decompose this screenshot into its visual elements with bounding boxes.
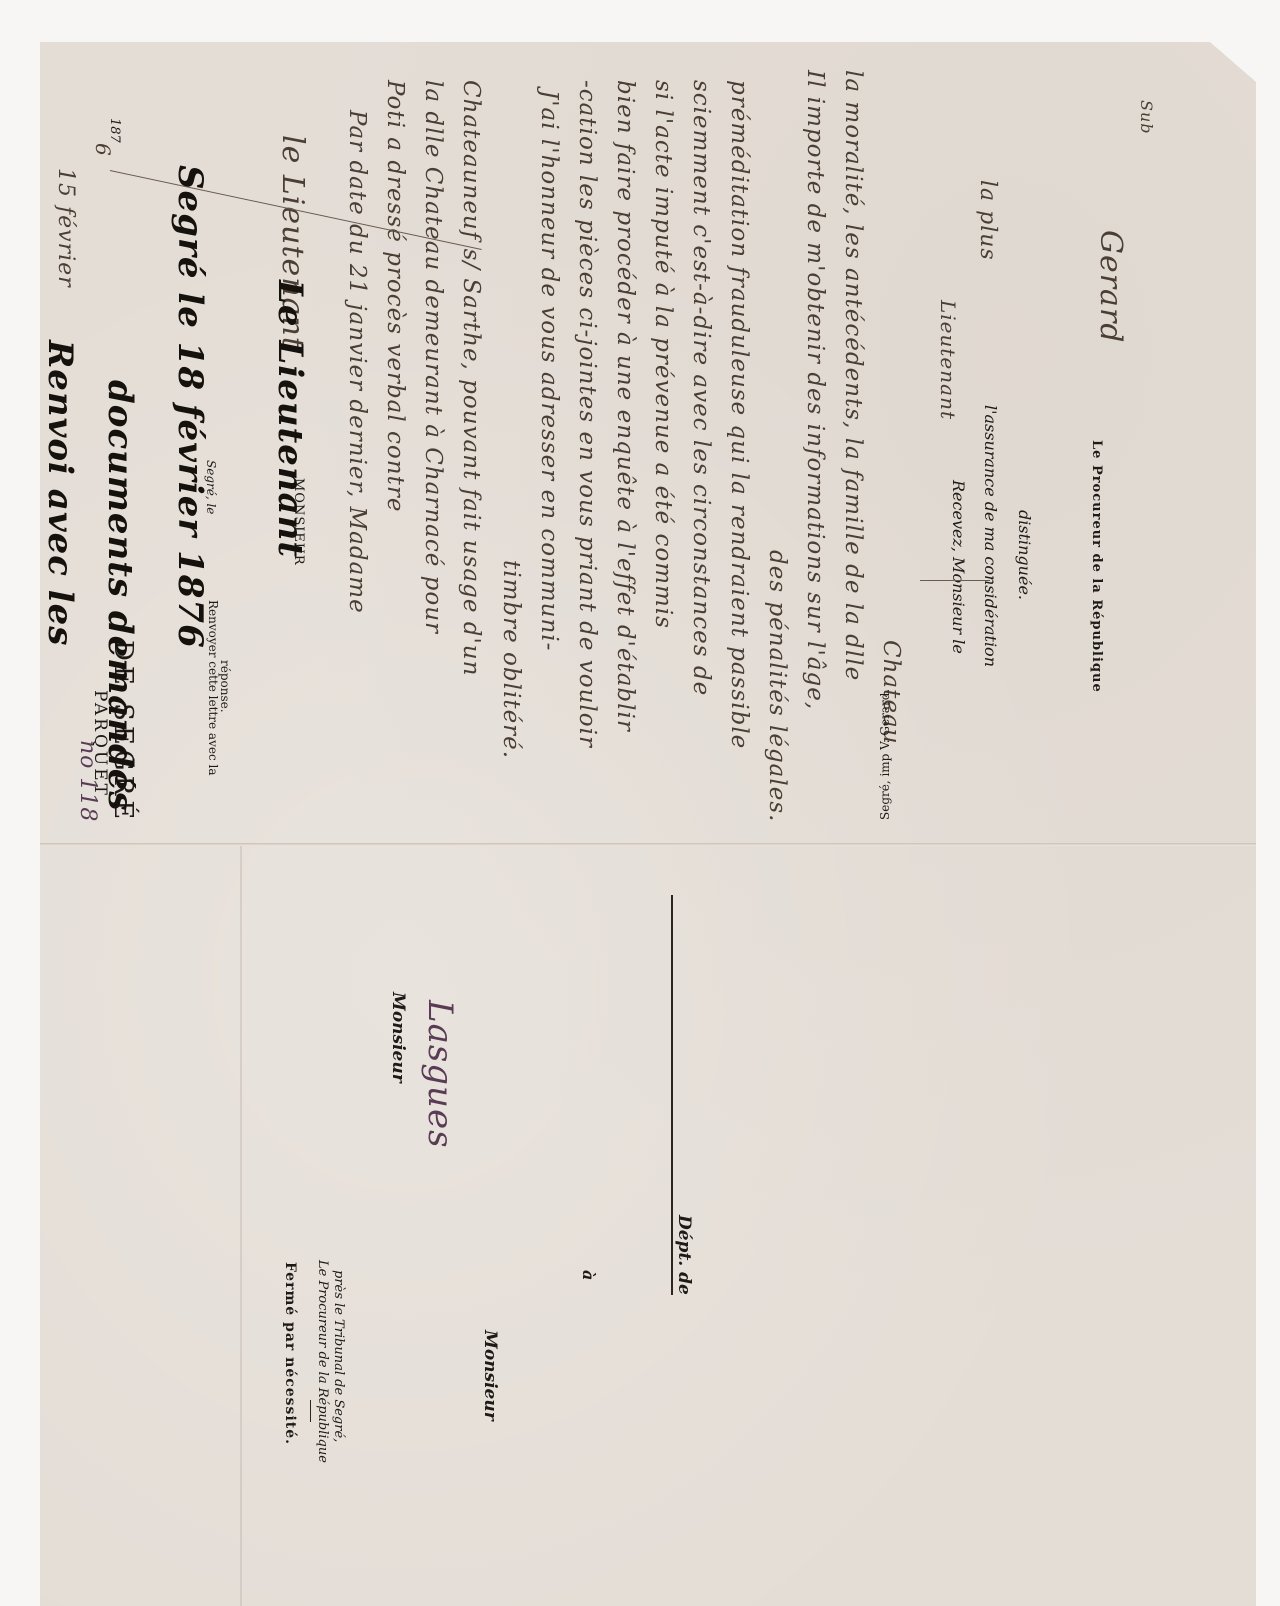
closing-line-1: Recevez, Monsieur le: [949, 480, 968, 654]
closing-word-handwritten: la plus: [975, 180, 1000, 261]
signature-sub: Sub: [1137, 100, 1156, 135]
body-line-14: la moralité, les antécédents, la famille…: [840, 70, 866, 681]
year-printed: 187: [107, 118, 122, 143]
body-line-8: bien faire procéder à une enquête à l'ef…: [612, 80, 638, 732]
addressee-label-2: Monsieur: [480, 1330, 500, 1421]
fold-crease: [40, 843, 1256, 846]
vertical-crease: [240, 846, 242, 1606]
department-label: Dépt. de: [674, 1215, 694, 1295]
body-line-4: Chateauneuf s/ Sarthe, pouvant fait usag…: [458, 80, 484, 676]
reference-number: no 118: [75, 740, 100, 822]
return-instruction-2: réponse.: [218, 660, 232, 713]
label-underline: [310, 1400, 311, 1422]
year-handwritten: 6: [91, 143, 115, 157]
body-line-11: préméditation frauduleuse qui la rendrai…: [726, 80, 752, 749]
body-line-1: Par date du 21 janvier dernier, Madame: [344, 110, 370, 614]
procureur-title: Le Procureur de la République: [1089, 440, 1104, 693]
to-label: à: [579, 1270, 598, 1280]
address-rule: [671, 895, 673, 1295]
signature-handwritten: Gerard: [1093, 230, 1128, 344]
margin-note-line-2: documents demandés: [100, 380, 140, 812]
sender-line-2: près le Tribunal de Segré,: [331, 1270, 346, 1442]
closed-by-necessity-label: Fermé par nécessité.: [282, 1262, 298, 1445]
body-line-6: J'ai l'honneur de vous adresser en commu…: [536, 90, 562, 651]
closing-line-3: distinguée.: [1015, 510, 1034, 600]
body-line-3: la dlle Chateau demeurant à Charnacé pou…: [420, 80, 446, 634]
body-line-13: Il importe de m'obtenir des informations…: [802, 70, 828, 710]
pen-dash: [920, 580, 990, 581]
body-line-12: des pénalités légales.: [764, 550, 790, 822]
body-line-5: timbre oblitéré.: [498, 560, 524, 759]
addressee-label: Monsieur: [388, 992, 408, 1083]
date-handwritten: 15 février: [53, 168, 78, 288]
body-line-10: sciemment c'est-à-dire avec les circonst…: [688, 80, 714, 696]
body-line-9: si l'acte imputé à la prévenue a été com…: [650, 80, 676, 629]
margin-note-line-4: Le Lieutenant: [270, 280, 310, 558]
sender-line-1: Le Procureur de la République: [315, 1260, 330, 1463]
body-line-7: -cation les pièces ci-jointes en vous pr…: [574, 80, 600, 748]
margin-note-line-1: Renvoi avec les: [40, 340, 80, 646]
printer-imprint: Segré, imp V. Gerard.: [878, 689, 892, 820]
body-line-2: Poti a dressé procès verbal contre: [382, 80, 408, 512]
paper-sheet: [40, 42, 1256, 1606]
closing-line-2: l'assurance de ma considération: [981, 405, 1000, 667]
addressee-handwritten: Lasgues: [420, 1000, 460, 1149]
margin-note-line-3: Segré le 18 février 1876: [170, 165, 210, 649]
closing-title-handwritten: Lieutenant: [936, 300, 960, 420]
